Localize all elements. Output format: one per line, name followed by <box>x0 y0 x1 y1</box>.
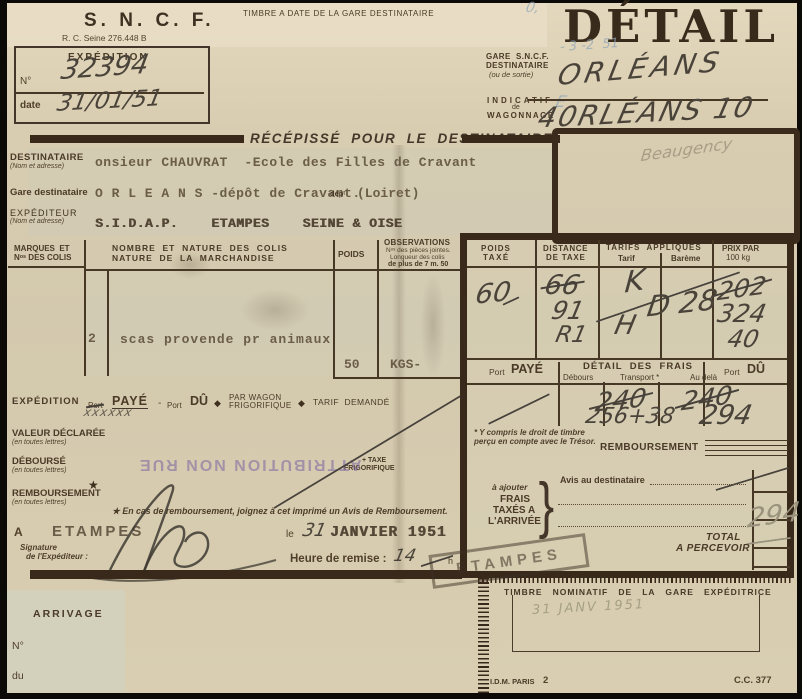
tax-prix-value-2: 324 <box>715 299 769 328</box>
tax-dist-value-2: 91 <box>549 296 587 325</box>
cc-number: C.C. 377 <box>734 675 772 686</box>
expedition-line-label: EXPÉDITION <box>12 396 80 407</box>
signature-label-2: de l'Expéditeur : <box>26 552 88 561</box>
tarif-demande-label: TARIF DEMANDÉ <box>313 397 390 407</box>
dept-label: dépᵗ <box>330 189 345 198</box>
tax-dist-value-3: R1 <box>553 322 589 348</box>
remb-rule-1 <box>705 440 788 441</box>
frais-transport-value: 256+38 <box>583 404 677 429</box>
goods-vline-2 <box>333 240 335 378</box>
total-rule-1 <box>752 491 790 493</box>
tax-col-tarifs: TARIFS APPLIQUÉS <box>606 243 702 252</box>
arrivage-no-label: N° <box>12 640 24 652</box>
arrivage-du-label: du <box>12 670 24 682</box>
debourse-label: DÉBOURSÉ <box>12 456 66 467</box>
frais-port-du-port: Port <box>724 367 740 377</box>
goods-col-obs-3: Longueur des colis <box>390 254 445 261</box>
signature-label-1: Signature <box>20 543 57 552</box>
frais-col-transport: Transport * <box>620 373 659 382</box>
port-scratch: xxxxxx <box>83 405 135 419</box>
goods-col-marques-2: Nᵒˢ DES COLIS <box>14 253 71 262</box>
banner-bar-left <box>30 135 244 143</box>
gare-destinataire-label: Gare destinataire <box>10 187 88 198</box>
tax-col-prix-2: 100 kg <box>726 253 750 262</box>
tax-col-dist-2: DE TAXE <box>546 253 586 262</box>
expedition-date-label: date <box>20 100 41 111</box>
indicatif-label-2: de <box>512 104 520 111</box>
remb-rule-4 <box>705 455 788 456</box>
gare-dest-label-3: (ou de sortie) <box>489 70 533 79</box>
valeur-declaree-label: VALEUR DÉCLARÉE <box>12 428 105 439</box>
tax-col-dist-1: DISTANCE <box>543 244 588 253</box>
avis-dotline-2 <box>558 504 746 505</box>
diamond-icon-2: ◆ <box>298 398 305 409</box>
frais-port-du: DÛ <box>747 362 765 376</box>
expedition-no-value: 32394 <box>59 49 152 86</box>
goods-marques-underline <box>8 266 84 268</box>
expedition-no-label: N° <box>20 76 31 87</box>
frais-title: DÉTAIL DES FRAIS <box>583 361 693 372</box>
brace-glyph: } <box>539 470 555 541</box>
left-bottom-bar <box>30 570 462 579</box>
expediteur-sub: (Nom et adresse) <box>10 218 64 225</box>
debourse-sub: (en toutes lettres) <box>12 467 66 474</box>
goods-col-nature-1: NOMBRE ET NATURE DES COLIS <box>112 243 288 253</box>
a-label: A <box>14 525 23 539</box>
timbre-date-label: TIMBRE A DATE DE LA GARE DESTINATAIRE <box>243 9 434 18</box>
goods-header-underline <box>84 269 460 271</box>
date-month-year: JANVIER 1951 <box>330 525 446 541</box>
tax-tarif-crossed: K <box>623 263 646 301</box>
destinataire-value: onsieur CHAUVRAT -Ecole des Filles de Cr… <box>95 155 477 170</box>
port-dash: - <box>158 398 161 409</box>
heure-remise-label: Heure de remise : <box>290 553 387 565</box>
date-day-value: 31 <box>301 520 328 541</box>
avis-dotline-1 <box>650 484 746 485</box>
tax-col-tarif: Tarif <box>618 254 635 263</box>
goods-col-obs-4: de plus de 7 m. 50 <box>388 261 448 268</box>
goods-col-poids: POIDS <box>338 249 364 259</box>
goods-col-obs-1: OBSERVATIONS <box>384 238 450 247</box>
tax-col-prix-1: PRIX PAR <box>722 244 759 253</box>
heure-remise-value: 14 <box>392 546 418 566</box>
tax-col-poids-2: TAXÉ <box>483 253 510 262</box>
tax-bottom-line <box>467 358 787 360</box>
goods-row-poids: 50 <box>344 357 360 372</box>
total-label-2: A PERCEVOIR <box>676 543 750 554</box>
diamond-icon: ◆ <box>214 398 221 409</box>
avis-label: Avis au destinataire <box>560 475 645 485</box>
gare-dest-label-1: GARE S.N.C.F. <box>486 52 549 61</box>
frais-note-1: * Y compris le droit de timbre <box>474 428 585 437</box>
frais-remboursement-label: REMBOURSEMENT <box>600 442 699 453</box>
tax-col-bareme: Barème <box>671 254 700 263</box>
goods-vline-1 <box>84 240 86 376</box>
tax-poids-value: 60 <box>473 276 513 310</box>
frais-col-debours: Débours <box>563 373 593 382</box>
tax-col-poids-1: POIDS <box>481 244 511 253</box>
idm-number: 2 <box>543 675 548 686</box>
goods-vline-sub <box>107 269 109 376</box>
goods-col-obs-2: Nᵒˢ des pièces jointes. <box>386 247 451 254</box>
avis-dotline-3 <box>558 526 746 527</box>
frais-header-underline <box>467 383 787 385</box>
frais-du-value: 294 <box>697 400 755 431</box>
idm-label: I.D.M. PARIS <box>490 677 534 686</box>
frais-port-paye: PAYÉ <box>511 362 543 376</box>
goods-bottom-line <box>333 377 460 379</box>
sncf-rc: R. C. Seine 276.448 B <box>62 33 147 43</box>
signature <box>80 465 290 585</box>
goods-row-unit: KGS- <box>390 357 421 372</box>
total-rule-3 <box>752 547 790 549</box>
frais-arrivee-1: FRAIS <box>500 494 530 505</box>
valeur-declaree-sub: (en toutes lettres) <box>12 439 66 446</box>
remb-rule-3 <box>705 450 788 451</box>
taxe-frigo-1: + TAXE <box>362 457 386 464</box>
goods-col-marques-1: MARQUES ET <box>14 244 70 253</box>
tax-vline-2 <box>598 240 600 358</box>
frais-port-paye-port: Port <box>489 367 505 377</box>
total-rule-4 <box>752 566 790 568</box>
tax-vline-1 <box>535 240 537 358</box>
frais-arrivee-3: L'ARRIVÉE <box>488 516 541 527</box>
gare-destinataire-value: O R L E A N S -dépôt de Cravant. <box>95 186 361 201</box>
dept-value: (Loiret) <box>357 186 419 201</box>
hatch-strip <box>478 572 489 693</box>
frais-arrivee-2: TAXÉS A <box>493 505 535 516</box>
wagon-frigo-2: FRIGORIFIQUE <box>229 401 292 410</box>
banner-bar-right <box>462 135 560 143</box>
ajouter-label: à ajouter <box>492 482 527 492</box>
scanned-document: S. N. C. F. R. C. Seine 276.448 B TIMBRE… <box>0 0 802 699</box>
total-label-1: TOTAL <box>706 532 741 543</box>
expediteur-label: EXPÉDITEUR <box>10 208 78 218</box>
goods-vline-3 <box>377 240 379 378</box>
goods-row-count: 2 <box>88 331 96 346</box>
etampes-stamp-text: ETAMPES <box>455 545 563 577</box>
goods-row-nature: scas provende pr animaux <box>120 332 331 347</box>
frais-vline-1 <box>558 362 560 426</box>
frais-note-2: perçu en compte avec le Trésor. <box>474 437 596 446</box>
port-du-label: DÛ <box>190 394 208 408</box>
tax-prix-value-3: 40 <box>725 325 761 353</box>
remboursement-sub: (en toutes lettres) <box>12 499 66 506</box>
gare-dest-label-2: DESTINATAIRE <box>486 61 549 70</box>
sncf-brand: S. N. C. F. <box>84 10 215 32</box>
remb-rule-2 <box>705 445 788 446</box>
goods-col-nature-2: NATURE DE LA MARCHANDISE <box>112 253 275 263</box>
arrivage-label: ARRIVAGE <box>33 608 104 620</box>
port-du-port: Port <box>167 401 182 410</box>
expediteur-value: S.I.D.A.P. ETAMPES SEINE & OISE <box>95 216 402 231</box>
destinataire-sub: (Nom et adresse) <box>10 163 64 170</box>
destinataire-label: DESTINATAIRE <box>10 152 84 163</box>
